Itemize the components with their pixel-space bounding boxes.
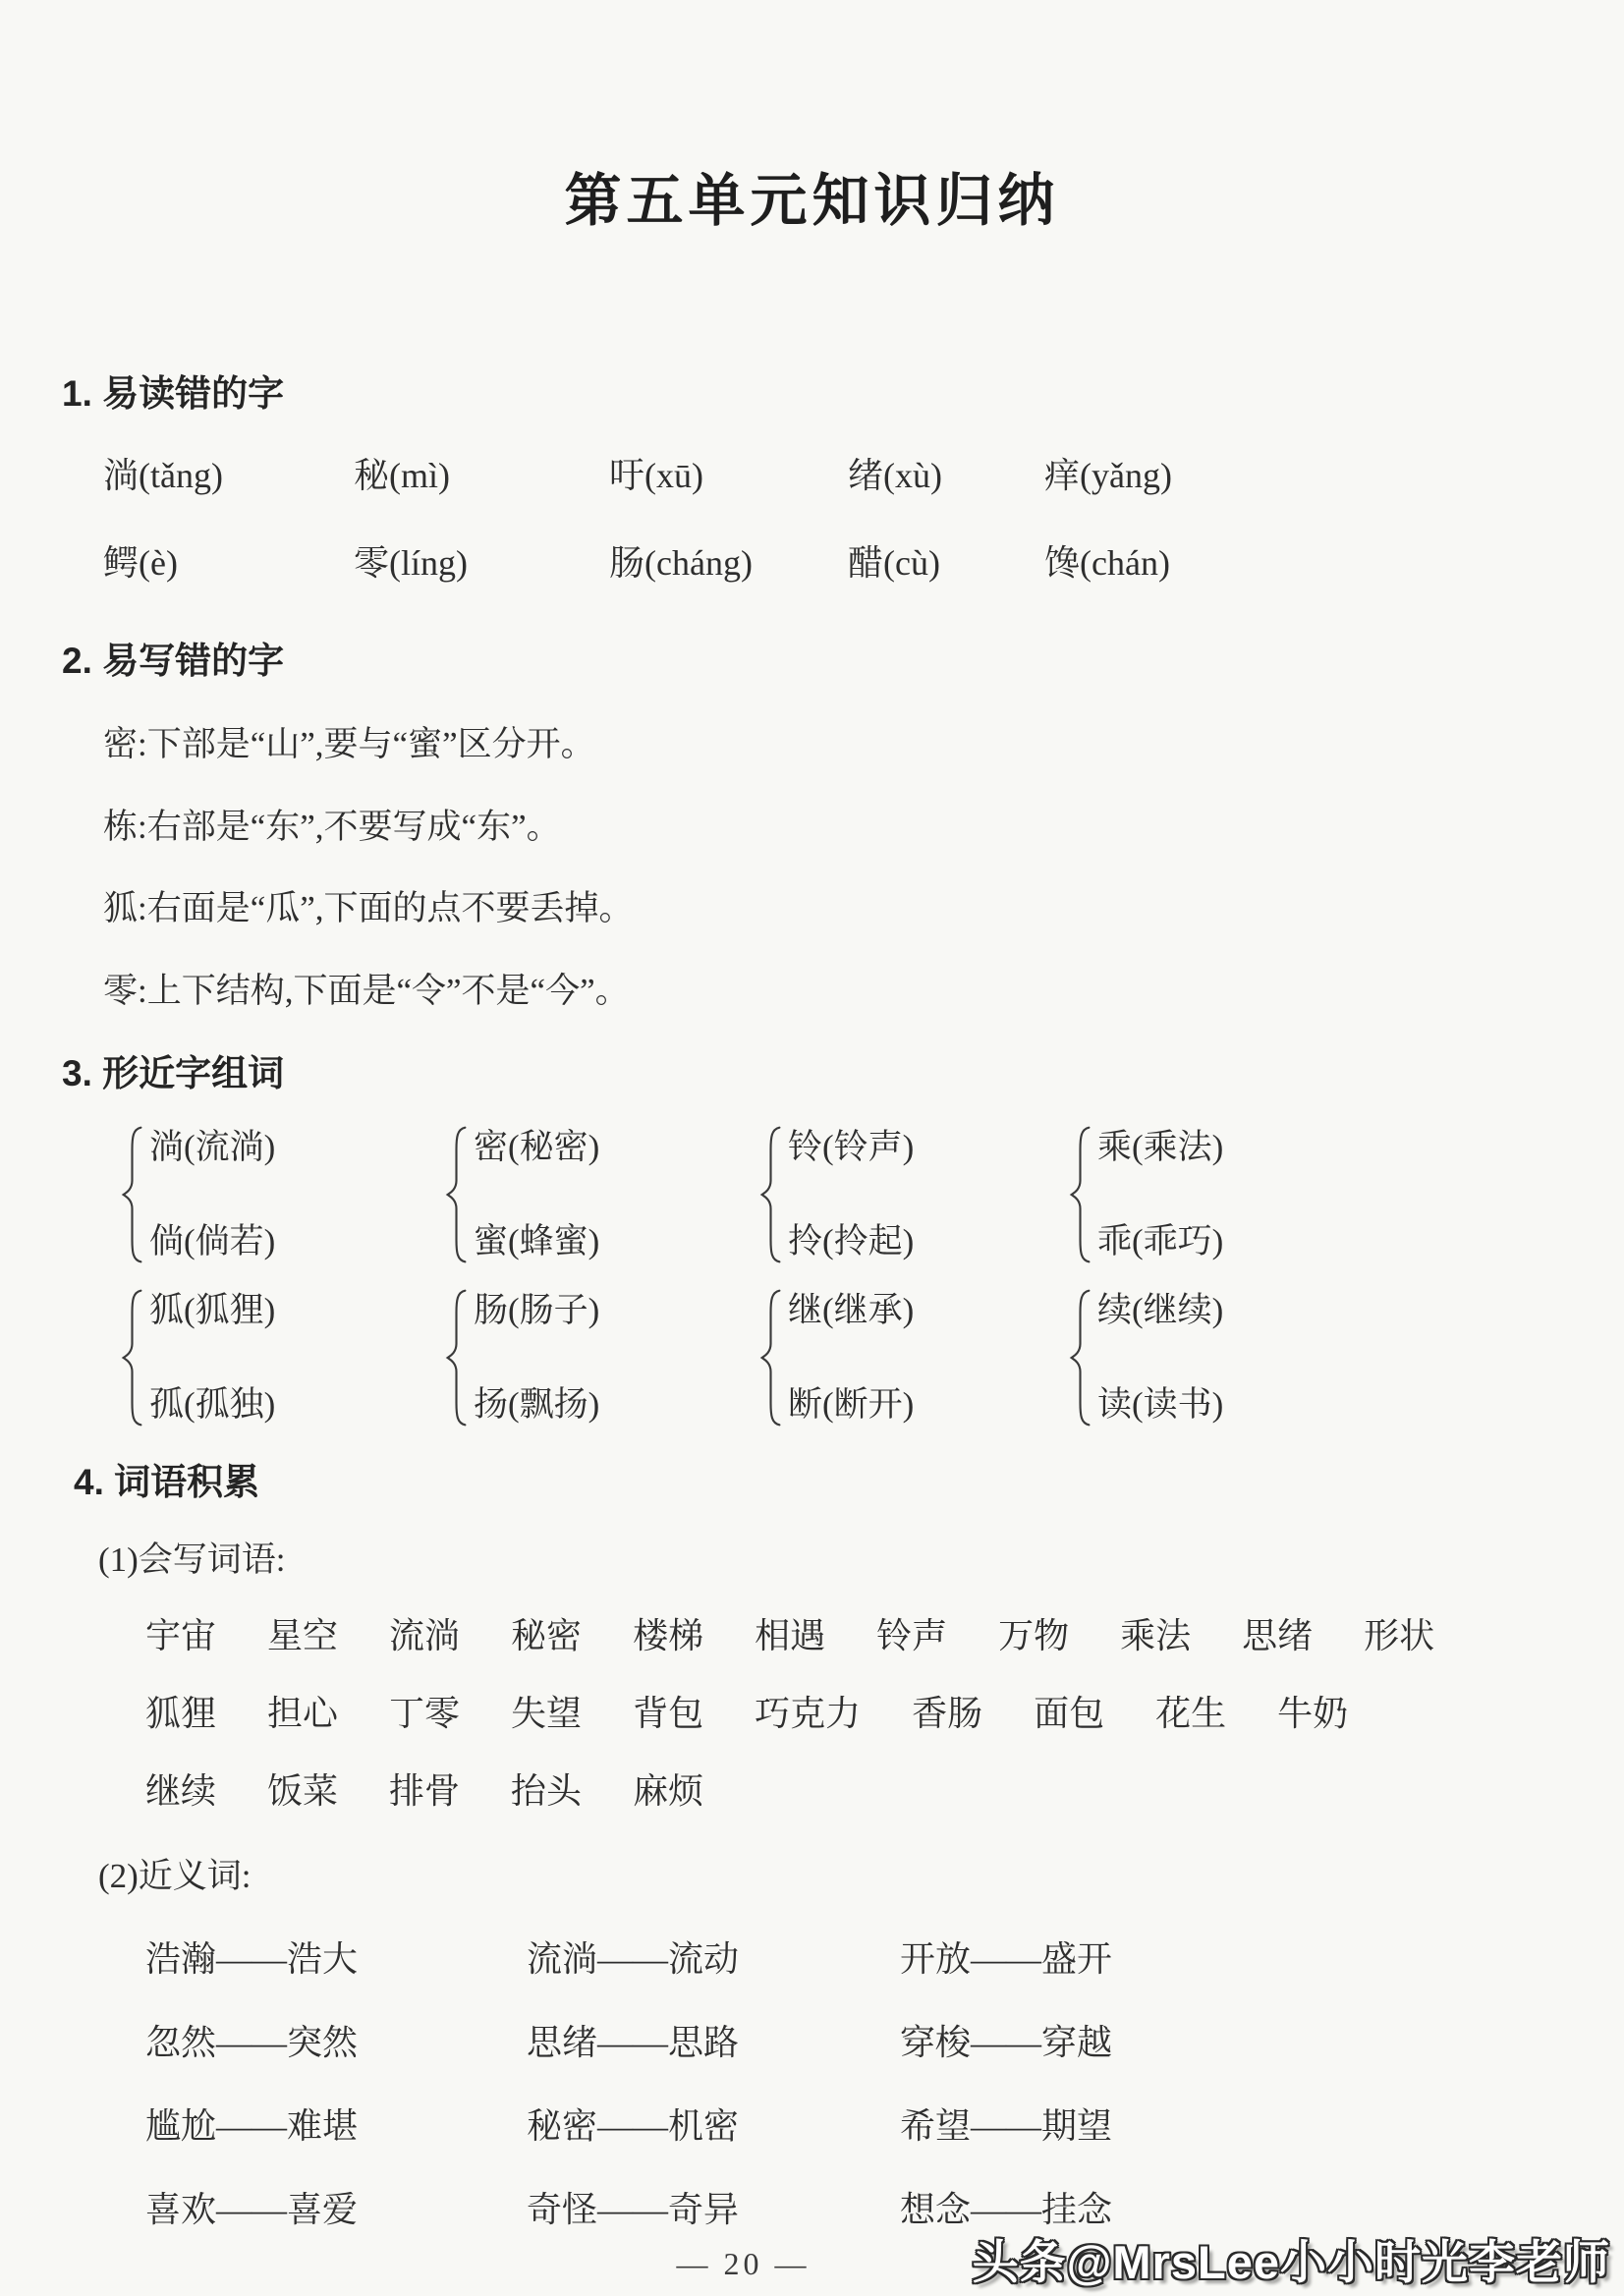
word-row-3: 继续 饭菜 排骨 抬头 麻烦 [0,1769,1624,1814]
word-item: 相遇 [755,1614,825,1658]
brace-icon [120,1288,144,1428]
pair-group: 淌(流淌) 倘(倘若) [120,1125,444,1264]
word-item: 宇宙 [145,1614,216,1658]
pair-top: 乘(乘法) [1097,1127,1223,1168]
word-item: 抬头 [511,1769,582,1814]
pair-top: 淌(流淌) [149,1127,275,1168]
word-item: 形状 [1364,1614,1434,1658]
brace-icon [444,1288,469,1428]
section-2-heading: 2. 易写错的字 [0,640,1624,683]
word-item: 排骨 [389,1769,460,1814]
pair-group: 铃(铃声) 拎(拎起) [758,1125,1068,1264]
synonym-row-3: 尴尬——难堪 秘密——机密 希望——期望 [0,2104,1624,2149]
pair-top: 狐(狐狸) [149,1290,275,1331]
synonym-pair: 流淌——流动 [527,1937,900,1982]
pair-bottom: 乖(乖巧) [1097,1221,1223,1262]
word-item: 牛奶 [1277,1692,1348,1736]
synonym-pair: 思绪——思路 [527,2021,900,2065]
word-item: 花生 [1155,1692,1226,1736]
pair-top: 继(继承) [788,1290,914,1331]
subsection-writable-words-label: (1)会写词语: [0,1539,1624,1582]
word-item: 秘密 [511,1614,582,1658]
pair-group: 续(继续) 读(读书) [1068,1288,1624,1428]
pair-group: 继(继承) 断(断开) [758,1288,1068,1428]
word-item: 思绪 [1242,1614,1313,1658]
pair-top: 续(继续) [1097,1290,1223,1331]
section-3-heading: 3. 形近字组词 [0,1052,1624,1095]
pair-top: 肠(肠子) [474,1290,599,1331]
miswrite-note: 栋:右部是“东”,不要写成“东”。 [0,806,1624,849]
pair-top: 铃(铃声) [788,1127,914,1168]
pair-bottom: 断(断开) [788,1384,914,1426]
section-1-heading: 1. 易读错的字 [0,372,1624,416]
pair-bottom: 倘(倘若) [149,1221,275,1262]
char-pinyin-item: 淌(tǎng) [103,455,354,497]
subsection-synonyms-label: (2)近义词: [0,1855,1624,1898]
synonym-pair: 开放——盛开 [900,1937,1624,1982]
synonym-pair: 希望——期望 [900,2104,1624,2149]
word-item: 铃声 [876,1614,947,1658]
word-item: 楼梯 [633,1614,703,1658]
pair-group: 肠(肠子) 扬(飘扬) [444,1288,758,1428]
synonym-pair: 穿梭——穿越 [900,2021,1624,2065]
char-pinyin-item: 绪(xù) [848,455,1044,497]
brace-icon [758,1125,783,1264]
word-item: 万物 [998,1614,1069,1658]
word-item: 香肠 [912,1692,982,1736]
word-item: 担心 [267,1692,338,1736]
brace-icon [758,1288,783,1428]
miswrite-note: 狐:右面是“瓜”,下面的点不要丢掉。 [0,887,1624,930]
char-pinyin-item: 零(líng) [354,542,609,585]
pair-bottom: 扬(飘扬) [474,1384,599,1426]
synonym-pair: 尴尬——难堪 [145,2104,527,2149]
similar-row-2: 狐(狐狸) 孤(孤独) 肠(肠子) 扬(飘扬) 继(继承) 断(断开) [0,1288,1624,1428]
char-pinyin-item: 痒(yǎng) [1044,455,1624,497]
word-row-1: 宇宙 星空 流淌 秘密 楼梯 相遇 铃声 万物 乘法 思绪 形状 [0,1614,1624,1658]
brace-icon [1068,1288,1092,1428]
word-item: 狐狸 [145,1692,216,1736]
miswrite-note: 零:上下结构,下面是“令”不是“今”。 [0,970,1624,1013]
synonym-row-2: 忽然——突然 思绪——思路 穿梭——穿越 [0,2021,1624,2065]
word-item: 流淌 [389,1614,460,1658]
pair-group: 乘(乘法) 乖(乖巧) [1068,1125,1624,1264]
synonym-pair: 忽然——突然 [145,2021,527,2065]
pair-top: 密(秘密) [474,1127,599,1168]
word-item: 巧克力 [755,1692,861,1736]
word-item: 继续 [145,1769,216,1814]
char-pinyin-item: 吁(xū) [609,455,848,497]
word-item: 面包 [1034,1692,1104,1736]
char-pinyin-item: 肠(cháng) [609,542,848,585]
char-pinyin-item: 醋(cù) [848,542,1044,585]
char-pinyin-item: 馋(chán) [1044,542,1624,585]
section-misread-chars: 1. 易读错的字 淌(tǎng) 秘(mì) 吁(xū) 绪(xù) 痒(yǎn… [0,372,1624,586]
brace-icon [1068,1125,1092,1264]
document-page: 第五单元知识归纳 1. 易读错的字 淌(tǎng) 秘(mì) 吁(xū) 绪(… [0,0,1624,2296]
char-pinyin-item: 秘(mì) [354,455,609,497]
word-item: 失望 [511,1692,582,1736]
section-4-heading: 4. 词语积累 [0,1461,1624,1504]
brace-icon [120,1125,144,1264]
synonym-pair: 浩瀚——浩大 [145,1937,527,1982]
word-item: 饭菜 [267,1769,338,1814]
watermark: 头条@MrsLee小小时光李老师 [973,2226,1610,2292]
pair-bottom: 孤(孤独) [149,1384,275,1426]
pair-group: 密(秘密) 蜜(蜂蜜) [444,1125,758,1264]
section-word-accumulation: 4. 词语积累 (1)会写词语: 宇宙 星空 流淌 秘密 楼梯 相遇 铃声 万物… [0,1461,1624,2232]
brace-icon [444,1125,469,1264]
miswrite-note: 密:下部是“山”,要与“蜜”区分开。 [0,723,1624,766]
word-item: 麻烦 [633,1769,703,1814]
synonym-row-1: 浩瀚——浩大 流淌——流动 开放——盛开 [0,1937,1624,1982]
synonym-pair: 秘密——机密 [527,2104,900,2149]
similar-row-1: 淌(流淌) 倘(倘若) 密(秘密) 蜜(蜂蜜) 铃(铃声) 拎(拎起) [0,1125,1624,1264]
misread-row-1: 淌(tǎng) 秘(mì) 吁(xū) 绪(xù) 痒(yǎng) [0,455,1624,497]
pair-bottom: 蜜(蜂蜜) [474,1221,599,1262]
pair-bottom: 读(读书) [1097,1384,1223,1426]
pair-group: 狐(狐狸) 孤(孤独) [120,1288,444,1428]
synonym-pair: 喜欢——喜爱 [145,2188,527,2232]
char-pinyin-item: 鳄(è) [103,542,354,585]
word-item: 背包 [633,1692,703,1736]
synonym-pair: 奇怪——奇异 [527,2188,900,2232]
page-title: 第五单元知识归纳 [0,0,1624,235]
section-miswritten-chars: 2. 易写错的字 密:下部是“山”,要与“蜜”区分开。 栋:右部是“东”,不要写… [0,640,1624,1012]
word-row-2: 狐狸 担心 丁零 失望 背包 巧克力 香肠 面包 花生 牛奶 [0,1692,1624,1736]
word-item: 丁零 [389,1692,460,1736]
word-item: 乘法 [1120,1614,1191,1658]
pair-bottom: 拎(拎起) [788,1221,914,1262]
word-item: 星空 [267,1614,338,1658]
section-similar-chars: 3. 形近字组词 淌(流淌) 倘(倘若) 密(秘密) 蜜(蜂蜜) 铃(铃声 [0,1052,1624,1428]
misread-row-2: 鳄(è) 零(líng) 肠(cháng) 醋(cù) 馋(chán) [0,542,1624,585]
